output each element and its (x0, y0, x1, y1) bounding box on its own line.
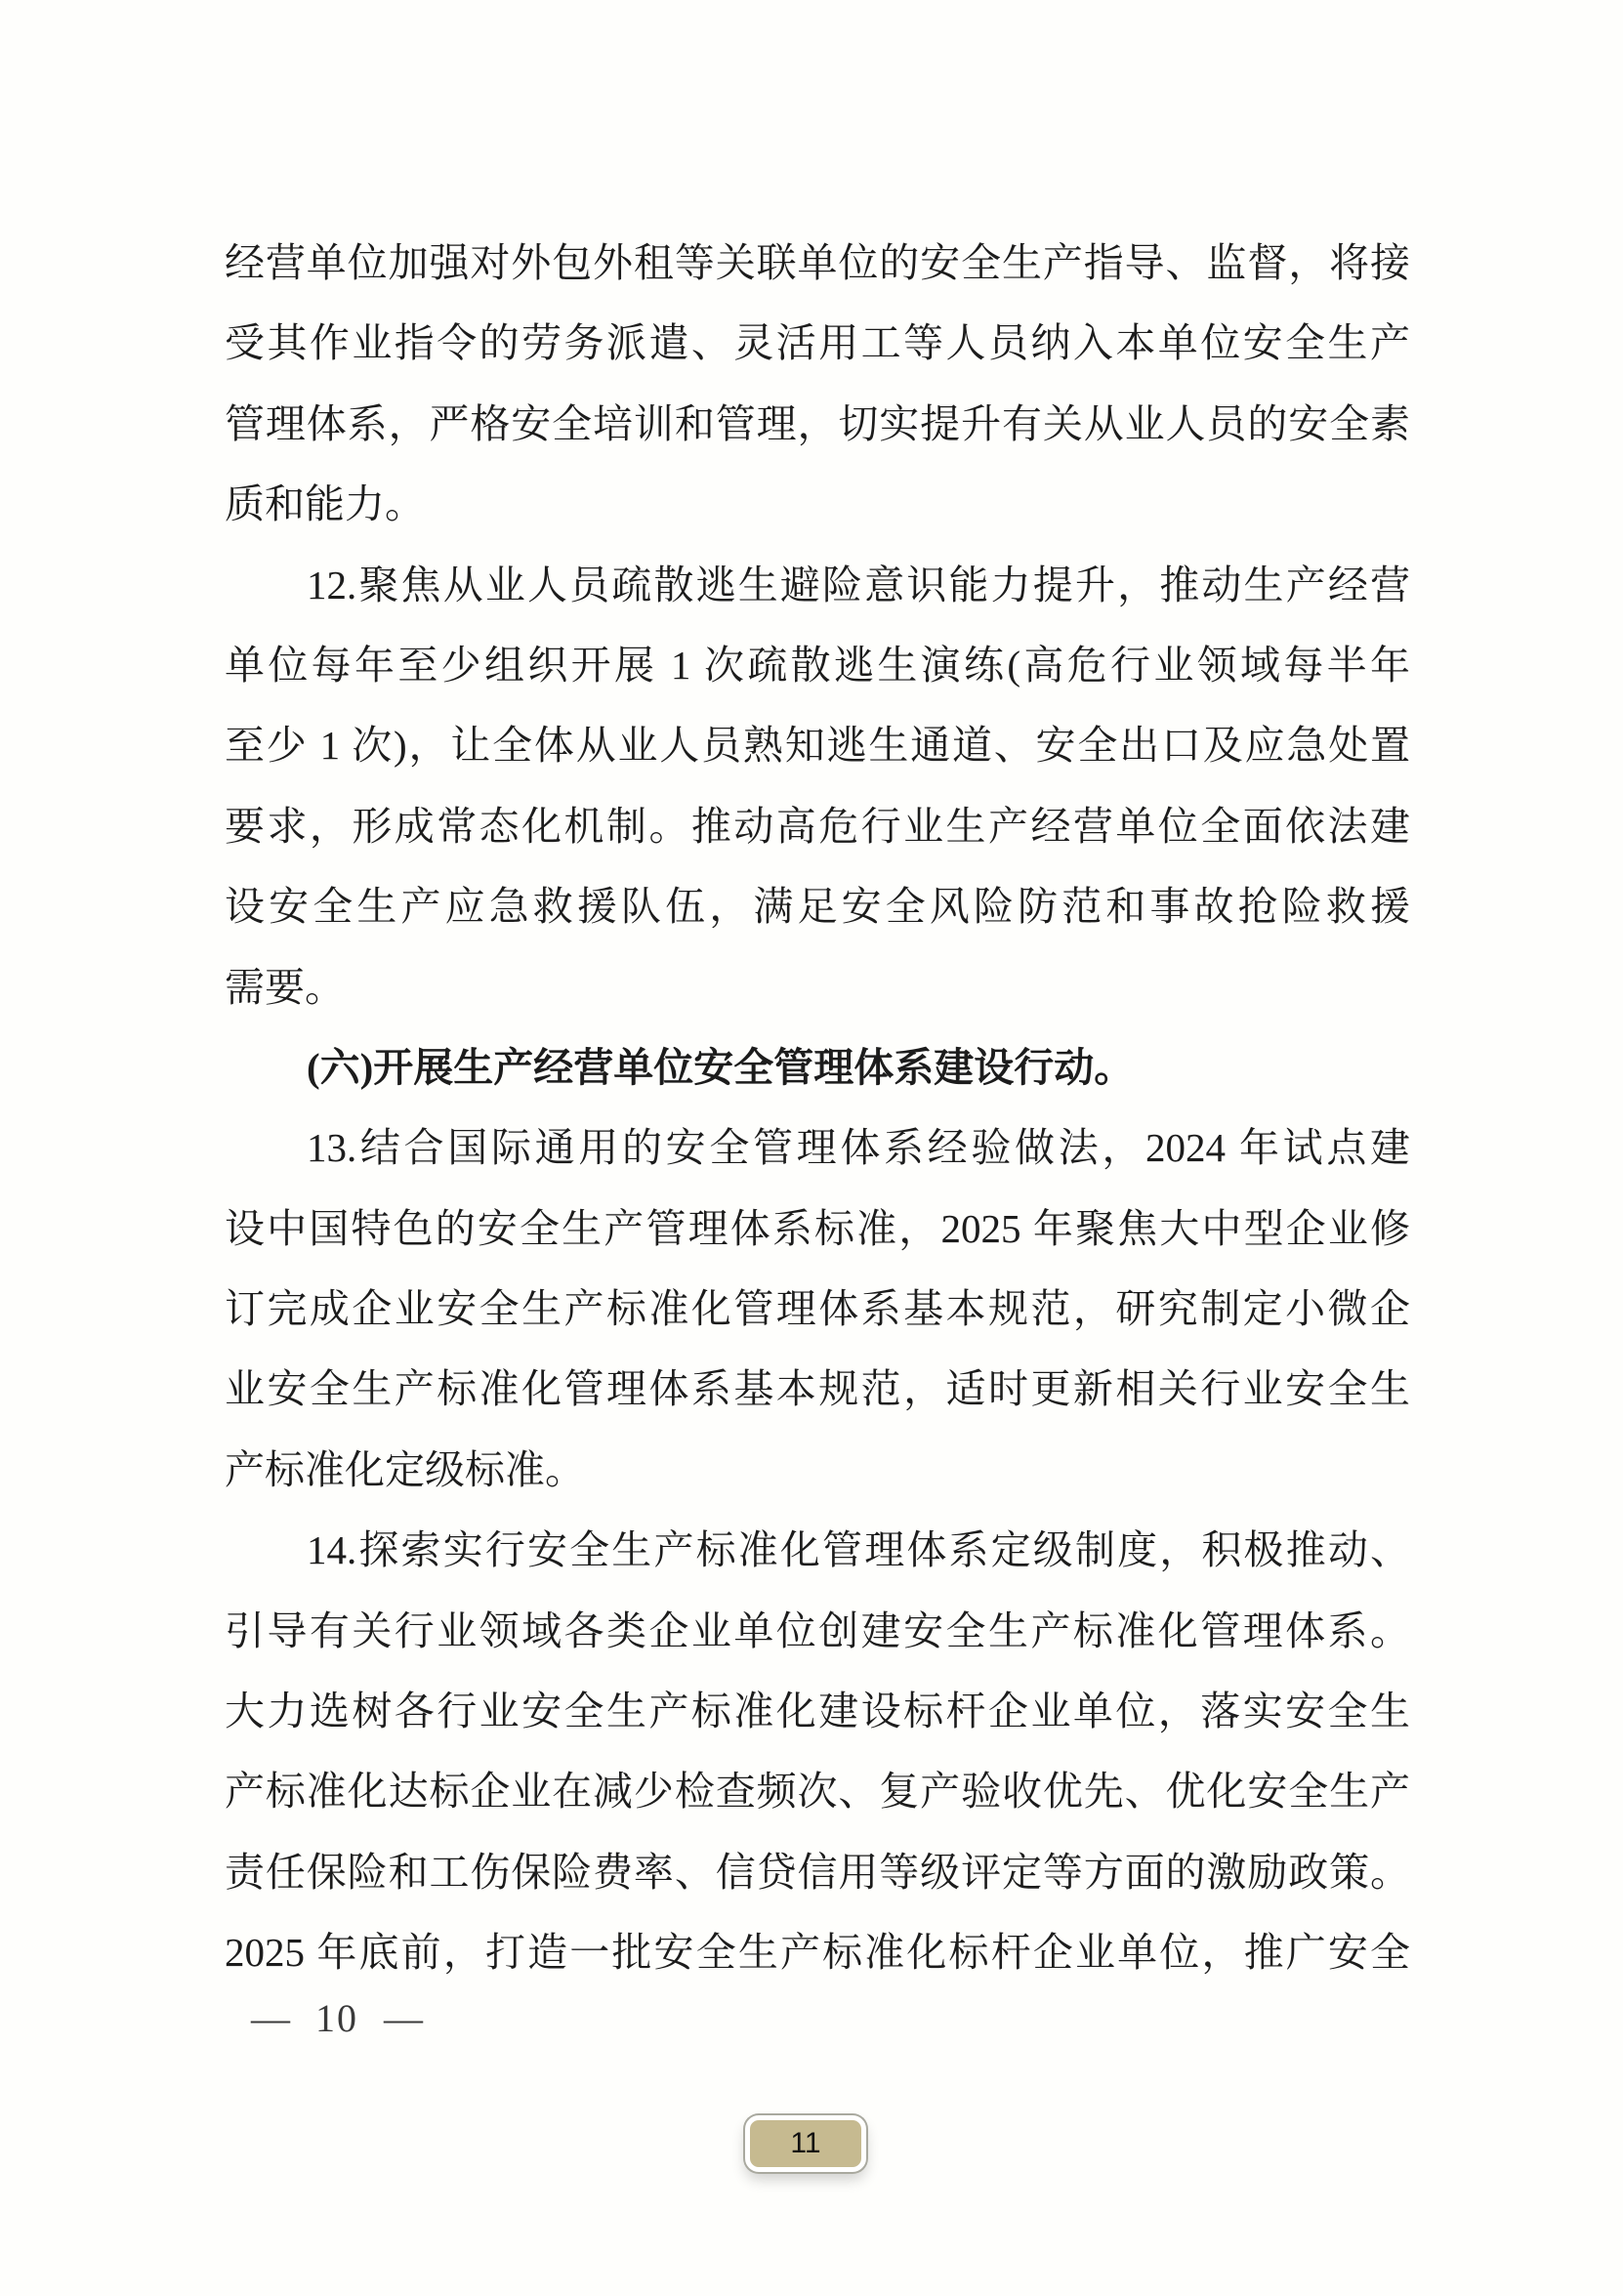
footer-dash-right: — (384, 1995, 423, 2041)
text-line: 产标准化达标企业在减少检查频次、复产验收优先、优化安全生产 (225, 1751, 1410, 1831)
text-line: 经营单位加强对外包外租等关联单位的安全生产指导、监督，将接 (225, 223, 1410, 303)
text-line: 13.结合国际通用的安全管理体系经验做法，2024 年试点建 (225, 1107, 1410, 1188)
text-line: 至少 1 次)，让全体从业人员熟知逃生通道、安全出口及应急处置 (225, 705, 1410, 785)
text-line: 大力选树各行业安全生产标准化建设标杆企业单位，落实安全生 (225, 1671, 1410, 1751)
text-line: 质和能力。 (225, 464, 1410, 544)
text-line: 需要。 (225, 947, 1410, 1027)
page-indicator-badge[interactable]: 11 (745, 2115, 866, 2172)
text-line: 单位每年至少组织开展 1 次疏散逃生演练(高危行业领域每半年 (225, 625, 1410, 705)
text-line: 业安全生产标准化管理体系基本规范，适时更新相关行业安全生 (225, 1349, 1410, 1429)
footer-dash-left: — (251, 1995, 290, 2041)
text-line: 要求，形成常态化机制。推动高危行业生产经营单位全面依法建 (225, 786, 1410, 866)
text-line: 2025 年底前，打造一批安全生产标准化标杆企业单位，推广安全 (225, 1912, 1410, 1992)
text-line: 订完成企业安全生产标准化管理体系基本规范，研究制定小微企 (225, 1269, 1410, 1349)
footer-page-number: 10 (315, 1995, 358, 2041)
text-line: 产标准化定级标准。 (225, 1430, 1410, 1510)
text-line: 受其作业指令的劳务派遣、灵活用工等人员纳入本单位安全生产 (225, 303, 1410, 383)
document-page: 经营单位加强对外包外租等关联单位的安全生产指导、监督，将接受其作业指令的劳务派遣… (0, 0, 1623, 2296)
document-body: 经营单位加强对外包外租等关联单位的安全生产指导、监督，将接受其作业指令的劳务派遣… (225, 223, 1410, 1993)
text-line: 引导有关行业领域各类企业单位创建安全生产标准化管理体系。 (225, 1591, 1410, 1671)
text-line: 12.聚焦从业人员疏散逃生避险意识能力提升，推动生产经营 (225, 545, 1410, 625)
text-line: 14.探索实行安全生产标准化管理体系定级制度，积极推动、 (225, 1510, 1410, 1590)
text-line: 设中国特色的安全生产管理体系标准，2025 年聚焦大中型企业修 (225, 1189, 1410, 1269)
text-line: 管理体系，严格安全培训和管理，切实提升有关从业人员的安全素 (225, 384, 1410, 464)
page-number-footer: — 10 — (251, 1988, 423, 2047)
text-line: 责任保险和工伤保险费率、信贷信用等级评定等方面的激励政策。 (225, 1832, 1410, 1912)
page-indicator-label: 11 (790, 2127, 820, 2160)
text-line: 设安全生产应急救援队伍，满足安全风险防范和事故抢险救援 (225, 866, 1410, 946)
text-line: (六)开展生产经营单位安全管理体系建设行动。 (225, 1027, 1410, 1107)
